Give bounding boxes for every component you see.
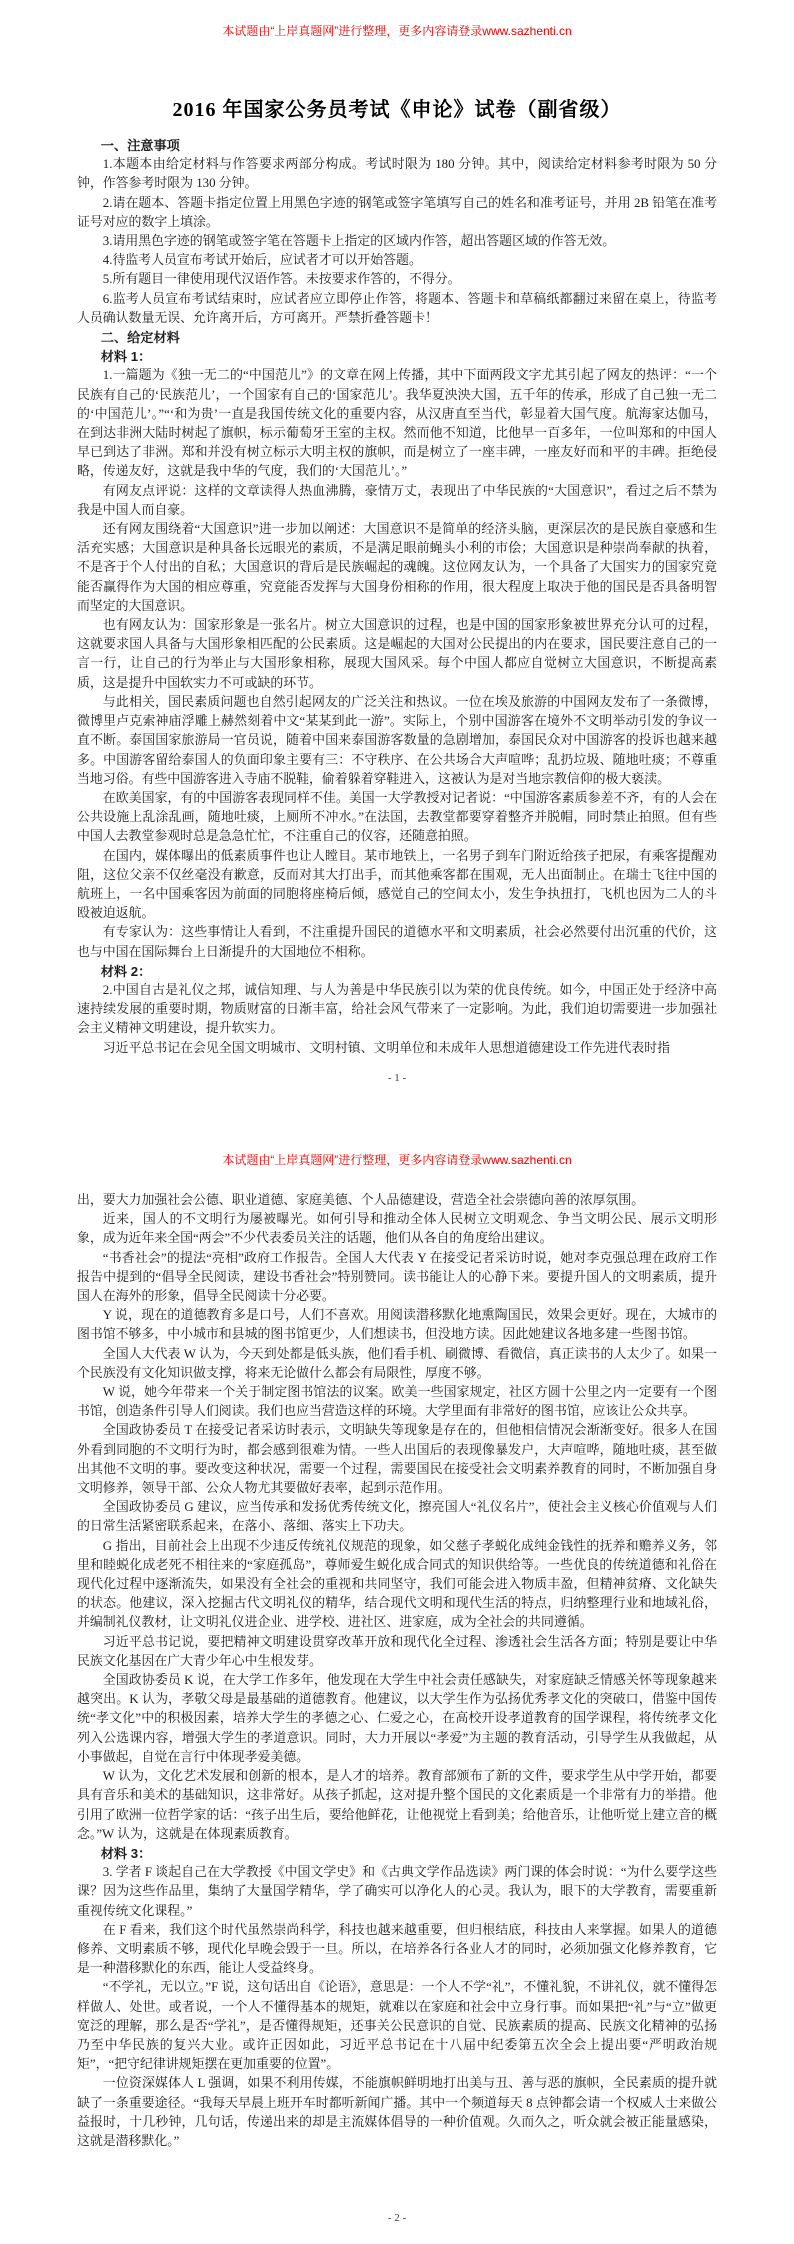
- watermark-note-page2: 本试题由“上岸真题网”进行整理，更多内容请登录www.sazhenti.cn: [0, 1151, 794, 1168]
- paragraph: 习近平总书记说，要把精神文明建设贯穿改革开放和现代化全过程、渗透社会生活各方面；…: [77, 1633, 717, 1671]
- page-title: 2016 年国家公务员考试《申论》试卷（副省级）: [0, 93, 794, 122]
- material-1-label: 材料 1：: [77, 347, 717, 366]
- paragraph: 与此相关，国民素质问题也自然引起网友的广泛关注和热议。一位在埃及旅游的中国网友发…: [77, 693, 717, 789]
- paragraph: 一位资深媒体人 L 强调，如果不利用传媒，不能旗帜鲜明地打出美与丑、善与恶的旗帜…: [77, 2074, 717, 2151]
- watermark-note-page1: 本试题由“上岸真题网”进行整理，更多内容请登录www.sazhenti.cn: [0, 22, 794, 39]
- paragraph: 有网友点评说：这样的文章读得人热血沸腾，豪情万丈，表现出了中华民族的“大国意识”…: [77, 482, 717, 520]
- notice-item-3: 3.请用黑色字迹的钢笔或签字笔在答题卡上指定的区域内作答，超出答题区域的作答无效…: [77, 232, 717, 251]
- notice-item-5: 5.所有题目一律使用现代汉语作答。未按要求作答的，不得分。: [77, 270, 717, 289]
- notice-item-6: 6.监考人员宣布考试结束时，应试者应立即停止作答，将题本、答题卡和草稿纸都翻过来…: [77, 290, 717, 328]
- paragraph: 全国政协委员 T 在接受记者采访时表示，文明缺失等现象是存在的，但他相信情况会渐…: [77, 1421, 717, 1498]
- paragraph: 近来，国人的不文明行为屡被曝光。如何引导和推动全体人民树立文明观念、争当文明公民…: [77, 1210, 717, 1248]
- paragraph: G 指出，目前社会上出现不少违反传统礼仪规范的现象，如父慈子孝蜕化成纯金钱性的抚…: [77, 1537, 717, 1633]
- paragraph: 在欧美国家，有的中国游客表现同样不佳。美国一大学教授对记者说：“中国游客素质参差…: [77, 789, 717, 847]
- paragraph-continuation: 出，要大力加强社会公德、职业道德、家庭美德、个人品德建设，营造全社会崇德向善的浓…: [77, 1191, 717, 1210]
- page2-content: 出，要大力加强社会公德、职业道德、家庭美德、个人品德建设，营造全社会崇德向善的浓…: [77, 1191, 717, 2151]
- page1-content: 一、注意事项 1.本题本由给定材料与作答要求两部分构成。考试时限为 180 分钟…: [77, 136, 717, 1058]
- paragraph: 在国内，媒体曝出的低素质事件也让人瞠目。某市地铁上，一名男子到车门附近给孩子把尿…: [77, 847, 717, 924]
- notice-item-4: 4.待监考人员宣布考试开始后，应试者才可以开始答题。: [77, 251, 717, 270]
- page-number-2: - 2 -: [0, 2212, 794, 2224]
- paragraph: 3. 学者 F 谈起自己在大学教授《中国文学史》和《古典文学作品选读》两门课的体…: [77, 1863, 717, 1921]
- paragraph: 习近平总书记在会见全国文明城市、文明村镇、文明单位和未成年人思想道德建设工作先进…: [77, 1039, 717, 1058]
- paragraph: “书香社会”的提法“亮相”政府工作报告。全国人大代表 Y 在接受记者采访时说，她…: [77, 1249, 717, 1307]
- paragraph: 还有网友围绕着“大国意识”进一步加以阐述：大国意识不是简单的经济头脑，更深层次的…: [77, 520, 717, 616]
- page-number-1: - 1 -: [0, 1072, 794, 1084]
- material-2-label: 材料 2：: [77, 962, 717, 981]
- paragraph: W 说，她今年带来一个关于制定图书馆法的议案。欧美一些国家规定，社区方圆十公里之…: [77, 1383, 717, 1421]
- exam-paper-document: { "header_note": "本试题由“上岸真题网”进行整理，更多内容请登…: [0, 0, 794, 2244]
- paragraph: 1.一篇题为《独一无二的“中国范儿”》的文章在网上传播，其中下面两段文字尤其引起…: [77, 366, 717, 481]
- paragraph: Y 说，现在的道德教育多是口号，人们不喜欢。用阅读潜移默化地熏陶国民，效果会更好…: [77, 1306, 717, 1344]
- paragraph: 有专家认为：这些事情让人看到，不注重提升国民的道德水平和文明素质，社会必然要付出…: [77, 923, 717, 961]
- paragraph: 也有网友认为：国家形象是一张名片。树立大国意识的过程，也是中国的国家形象被世界充…: [77, 616, 717, 693]
- paragraph: 全国政协委员 G 建议，应当传承和发扬优秀传统文化，擦亮国人“礼仪名片”，使社会…: [77, 1498, 717, 1536]
- material-3-label: 材料 3：: [77, 1844, 717, 1863]
- paragraph: “不学礼，无以立。”F 说，这句话出自《论语》，意思是：一个人不学“礼”，不懂礼…: [77, 1978, 717, 2074]
- paragraph: 2.中国自古是礼仪之邦，诚信知理、与人为善是中华民族引以为荣的优良传统。如今，中…: [77, 981, 717, 1039]
- section-heading-notice: 一、注意事项: [77, 136, 717, 155]
- paragraph: 在 F 看来，我们这个时代虽然崇尚科学，科技也越来越重要，但归根结底，科技由人来…: [77, 1921, 717, 1979]
- notice-item-2: 2.请在题本、答题卡指定位置上用黑色字迹的钢笔或签字笔填写自己的姓名和准考证号，…: [77, 194, 717, 232]
- paragraph: W 认为，文化艺术发展和创新的根本，是人才的培养。教育部颁布了新的文件，要求学生…: [77, 1767, 717, 1844]
- section-heading-materials: 二、给定材料: [77, 328, 717, 347]
- paragraph: 全国人大代表 W 认为，今天到处都是低头族，他们看手机、刷微博、看微信，真正读书…: [77, 1345, 717, 1383]
- paragraph: 全国政协委员 K 说，在大学工作多年，他发现在大学生中社会责任感缺失，对家庭缺乏…: [77, 1671, 717, 1767]
- notice-item-1: 1.本题本由给定材料与作答要求两部分构成。考试时限为 180 分钟。其中，阅读给…: [77, 155, 717, 193]
